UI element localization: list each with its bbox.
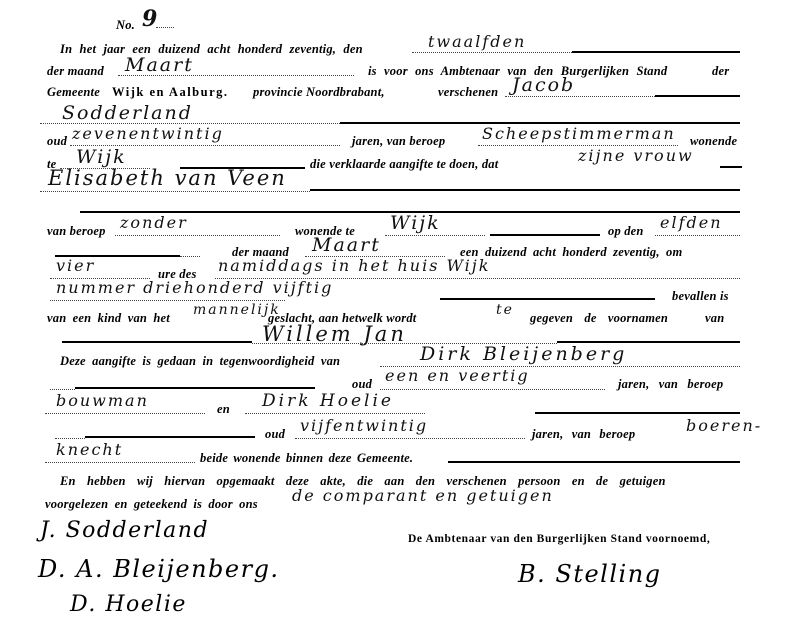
fill-rule: [490, 234, 600, 236]
line-18-text: beide wonende binnen deze Gemeente.: [200, 451, 413, 466]
fill-rule: [572, 51, 740, 53]
line-5-oud: oud: [47, 134, 67, 149]
dotted-line: [55, 438, 85, 439]
fill-rule: [535, 412, 740, 414]
record-number-label: No.: [116, 18, 135, 33]
dotted-line: [385, 235, 485, 236]
declarant-age: zevenentwintig: [72, 124, 224, 143]
line-5-text: jaren, van beroep: [352, 134, 445, 149]
signature-witness-2: D. Hoelie: [70, 592, 187, 617]
fill-rule: [448, 461, 740, 463]
line-17-oud: oud: [265, 427, 285, 442]
line-20-text: voorgelezen en geteekend is door ons: [45, 497, 258, 512]
line-15-oud: oud: [352, 377, 372, 392]
declarant-profession: Scheepstimmerman: [482, 124, 676, 143]
fill-rule: [720, 166, 742, 168]
fill-rule: [75, 387, 315, 389]
line-6-text: die verklaarde aangifte te doen, dat: [310, 157, 498, 172]
municipality-name: Wijk en Aalburg.: [112, 85, 229, 100]
record-number-value: 9: [142, 6, 159, 32]
signature-official: B. Stelling: [518, 560, 662, 588]
birth-time-place: namiddags in het huis Wijk: [218, 256, 490, 275]
signature-witness-1: D. A. Bleijenberg.: [38, 555, 280, 583]
line-14-text: Deze aangifte is gedaan in tegenwoordigh…: [60, 354, 340, 369]
dotted-line: [50, 389, 75, 390]
declarant-surname: Sodderland: [62, 102, 193, 124]
line-11-bevallen: bevallen is: [672, 289, 729, 304]
line-12-text-c: gegeven de voornamen: [530, 311, 668, 326]
dotted-line: [45, 462, 195, 463]
dotted-line: [118, 75, 354, 76]
witness-2-profession-cont: knecht: [56, 440, 123, 459]
dotted-line: [50, 300, 285, 301]
signatories-note: de comparant en getuigen: [292, 486, 554, 505]
dotted-line: [505, 96, 655, 97]
witness-2-age: vijfentwintig: [300, 416, 428, 435]
dotted-line: [380, 389, 605, 390]
birth-day: elfden: [660, 213, 723, 232]
dotted-line: [115, 235, 280, 236]
mother-residence: Wijk: [390, 212, 441, 234]
official-title: De Ambtenaar van den Burgerlijken Stand …: [408, 533, 710, 545]
line-8-op-den: op den: [608, 224, 644, 239]
birth-record-day: twaalfden: [428, 32, 526, 51]
fill-rule: [310, 189, 740, 191]
line-12-text-a: van een kind van het: [47, 311, 170, 326]
mother-name: Elisabeth van Veen: [48, 166, 287, 190]
fill-rule: [85, 436, 255, 438]
wife-label: zijne vrouw: [578, 146, 694, 165]
mother-profession: zonder: [120, 213, 188, 232]
fill-rule: [440, 298, 655, 300]
line-16-en: en: [217, 402, 230, 417]
witness-1-profession: bouwman: [56, 391, 149, 410]
line-15-text: jaren, van beroep: [618, 377, 723, 392]
fill-rule: [62, 341, 252, 343]
declarant-first-name: Jacob: [512, 74, 575, 96]
line-2-der: der: [712, 64, 729, 79]
line-3-verschenen: verschenen: [438, 85, 498, 100]
dotted-line: [245, 413, 425, 414]
witness-2-profession: boeren-: [686, 416, 762, 435]
line-3-gemeente: Gemeente: [47, 85, 100, 100]
dotted-line: [45, 413, 205, 414]
line-9-text: een duizend acht honderd zeventig, om: [460, 245, 682, 260]
birth-month: Maart: [312, 234, 381, 256]
witness-1-age: een en veertig: [385, 366, 530, 385]
birth-record-month: Maart: [125, 54, 194, 76]
declarant-residence: Wijk: [76, 146, 127, 168]
line-12-van: van: [705, 311, 724, 326]
line-8-van-beroep: van beroep: [47, 224, 106, 239]
line-3-text: provincie Noordbrabant,: [253, 85, 385, 100]
house-number: nummer driehonderd vijftig: [56, 278, 333, 297]
dotted-line: [180, 256, 200, 257]
line-1-text: In het jaar een duizend acht honderd zev…: [60, 42, 363, 57]
fill-rule: [655, 95, 740, 97]
line-5-wonende: wonende: [690, 134, 737, 149]
dotted-line: [40, 191, 310, 192]
signature-declarant: J. Sodderland: [40, 518, 209, 543]
dotted-line: [412, 52, 572, 53]
dotted-line: [295, 438, 525, 439]
birth-hour: vier: [56, 256, 95, 275]
witness-2-name: Dirk Hoelie: [262, 391, 394, 411]
line-2-prefix: der maand: [47, 64, 104, 79]
dotted-line: [655, 235, 740, 236]
witness-1-name: Dirk Bleijenberg: [420, 343, 627, 365]
wordt-suffix: te: [496, 302, 514, 318]
dotted-line: [156, 27, 174, 28]
line-17-text: jaren, van beroep: [532, 427, 635, 442]
